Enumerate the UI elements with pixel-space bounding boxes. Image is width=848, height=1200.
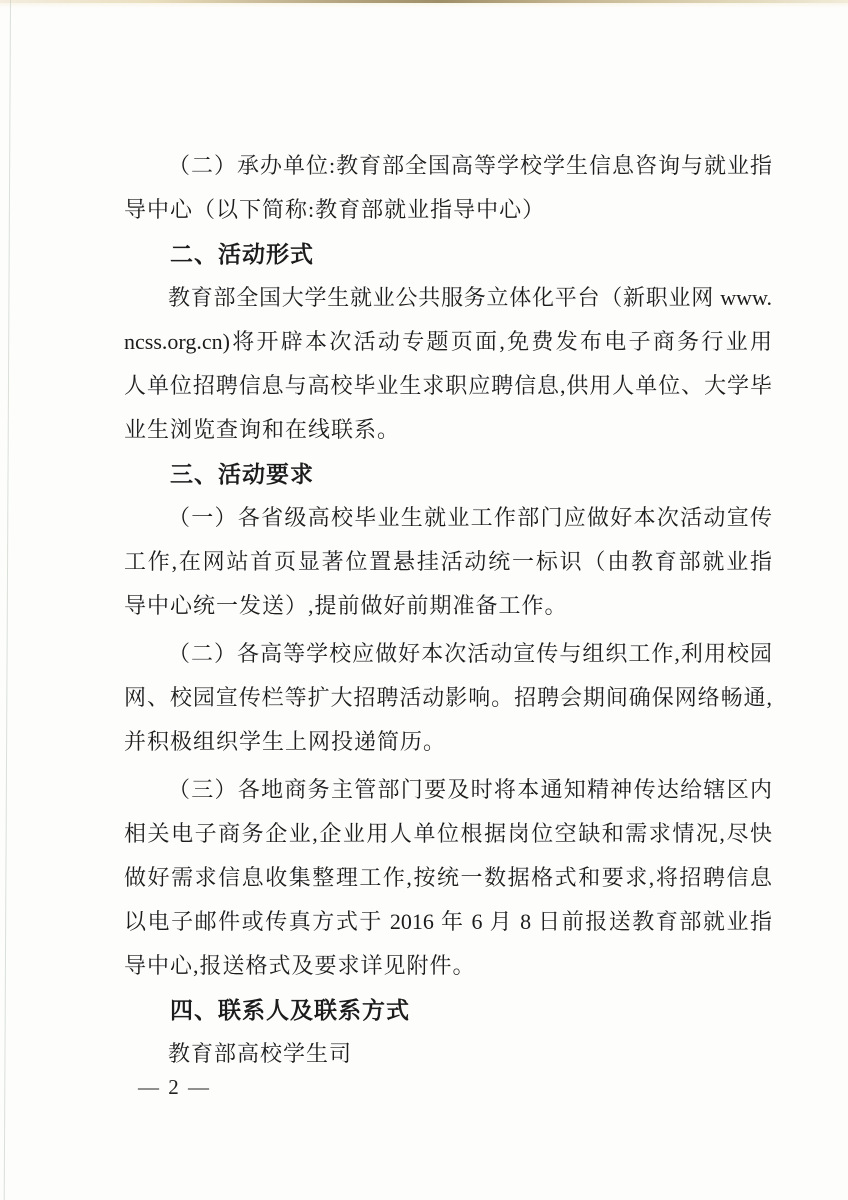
body-line: 导中心统一发送）,提前做好前期准备工作。 [124, 584, 772, 628]
body-line: （三）各地商务主管部门要及时将本通知精神传达给辖区内 [124, 768, 772, 812]
body-line: 工作,在网站首页显著位置悬挂活动统一标识（由教育部就业指 [124, 540, 772, 584]
body-line: （二）承办单位:教育部全国高等学校学生信息咨询与就业指 [124, 144, 772, 188]
body-line: 以电子邮件或传真方式于 2016 年 6 月 8 日前报送教育部就业指 [124, 900, 772, 944]
section-heading: 四、联系人及联系方式 [124, 988, 772, 1032]
page-number: — 2 — [138, 1074, 211, 1100]
body-line: ncss.org.cn)将开辟本次活动专题页面,免费发布电子商务行业用 [124, 320, 772, 364]
scanned-document-page: { "page": { "background": "#fdfdfc", "nu… [0, 0, 848, 1200]
scan-top-edge-fade [0, 3, 848, 8]
body-line: 导中心（以下简称:教育部就业指导中心） [124, 188, 772, 232]
scan-left-edge-line [4, 0, 11, 1200]
body-line: （二）各高等学校应做好本次活动宣传与组织工作,利用校园 [124, 632, 772, 676]
body-line: 做好需求信息收集整理工作,按统一数据格式和要求,将招聘信息 [124, 856, 772, 900]
section-heading: 二、活动形式 [124, 232, 772, 276]
body-line: 网、校园宣传栏等扩大招聘活动影响。招聘会期间确保网络畅通, [124, 676, 772, 720]
body-line: 业生浏览查询和在线联系。 [124, 408, 772, 452]
body-line: 教育部全国大学生就业公共服务立体化平台（新职业网 www. [124, 276, 772, 320]
document-body: （二）承办单位:教育部全国高等学校学生信息咨询与就业指导中心（以下简称:教育部就… [124, 144, 772, 1076]
section-heading: 三、活动要求 [124, 452, 772, 496]
body-line: （一）各省级高校毕业生就业工作部门应做好本次活动宣传 [124, 496, 772, 540]
body-line: 教育部高校学生司 [124, 1032, 772, 1076]
body-line: 并积极组织学生上网投递简历。 [124, 720, 772, 764]
body-line: 导中心,报送格式及要求详见附件。 [124, 944, 772, 988]
body-line: 相关电子商务企业,企业用人单位根据岗位空缺和需求情况,尽快 [124, 812, 772, 856]
body-line: 人单位招聘信息与高校毕业生求职应聘信息,供用人单位、大学毕 [124, 364, 772, 408]
